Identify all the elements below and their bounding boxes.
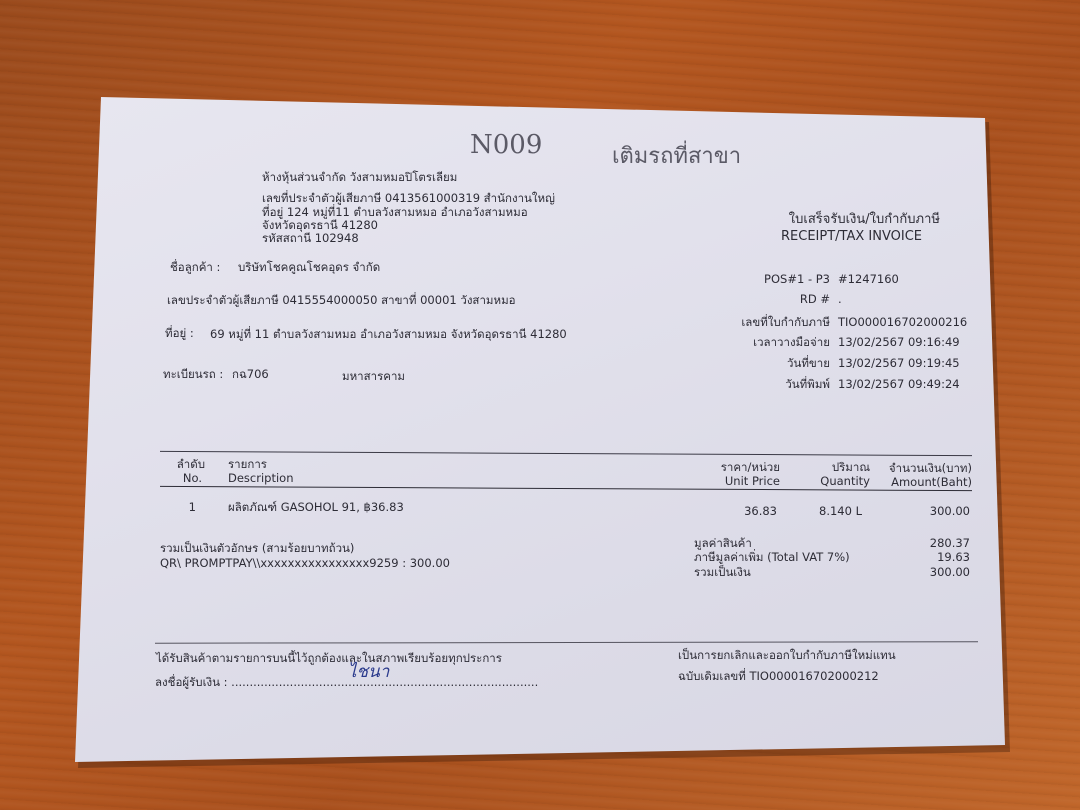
handwritten-note-text: เติมรถที่สาขา [612, 138, 741, 173]
totals-label: ภาษีมูลค่าเพิ่ม (Total VAT 7%) [694, 550, 850, 564]
totals-value: 19.63 [870, 550, 970, 564]
meta-label: วันที่ขาย [700, 356, 830, 370]
header-price-en: Unit Price [680, 474, 780, 488]
customer-tax-id: เลขประจำตัวผู้เสียภาษี 0415554000050 สาข… [167, 293, 516, 307]
payment-method: QR\ PROMPTPAY\\xxxxxxxxxxxxxxxx9259 : 30… [160, 556, 450, 570]
meta-value: 13/02/2567 09:19:45 [838, 356, 960, 370]
seller-station-code: รหัสสถานี 102948 [262, 231, 359, 245]
totals-label: มูลค่าสินค้า [694, 536, 752, 550]
receiver-signature-line: ลงชื่อผู้รับเงิน : .....................… [155, 675, 538, 689]
replacement-note: เป็นการยกเลิกและออกใบกำกับภาษีใหม่แทน [678, 648, 896, 662]
cell-amount: 300.00 [850, 504, 970, 518]
meta-label: RD # [700, 292, 830, 306]
meta-value: TIO000016702000216 [838, 315, 967, 329]
received-statement: ได้รับสินค้าตามรายการบนนี้ไว้ถูกต้องและใ… [156, 651, 502, 665]
vehicle-province: มหาสารคาม [342, 369, 405, 383]
vehicle-plate: กฉ706 [232, 367, 269, 381]
vehicle-plate-label: ทะเบียนรถ : [163, 367, 223, 381]
meta-label: วันที่พิมพ์ [700, 377, 830, 391]
customer-address-label: ที่อยู่ : [165, 326, 194, 340]
seller-name: ห้างหุ้นส่วนจำกัด วังสามหมอปิโตรเลียม [262, 170, 457, 184]
cell-unit-price: 36.83 [680, 504, 777, 518]
handwritten-signature: ไชนา [348, 658, 389, 685]
footer-rule [155, 641, 978, 643]
header-price-th: ราคา/หน่วย [680, 460, 780, 474]
meta-value: 13/02/2567 09:49:24 [838, 377, 960, 391]
cell-no: 1 [150, 500, 196, 514]
seller-tax-id: เลขที่ประจำตัวผู้เสียภาษี 0413561000319 … [262, 191, 555, 205]
customer-name-label: ชื่อลูกค้า : [170, 260, 220, 274]
doc-title-th: ใบเสร็จรับเงิน/ใบกำกับภาษี [720, 212, 940, 228]
meta-value: 13/02/2567 09:16:49 [838, 335, 960, 349]
totals-value: 280.37 [870, 536, 970, 550]
header-no-th: ลำดับ [150, 457, 205, 471]
header-no-en: No. [150, 471, 202, 485]
meta-label: เวลาวางมือจ่าย [700, 335, 830, 349]
original-invoice-number: ฉบับเดิมเลขที่ TIO000016702000212 [678, 669, 879, 683]
receipt-content: N009 เติมรถที่สาขา ห้างหุ้นส่วนจำกัด วัง… [0, 0, 1080, 810]
handwritten-note-number: N009 [470, 130, 542, 160]
meta-label: POS#1 - P3 [700, 272, 830, 286]
header-desc-th: รายการ [228, 457, 267, 471]
meta-label: เลขที่ใบกำกับภาษี [700, 315, 830, 329]
cell-description: ผลิตภัณฑ์ GASOHOL 91, ฿36.83 [228, 500, 404, 514]
totals-value: 300.00 [870, 565, 970, 579]
table-top-rule [160, 451, 972, 456]
customer-address: 69 หมู่ที่ 11 ตำบลวังสามหมอ อำเภอวังสามห… [210, 327, 567, 341]
seller-address-2: จังหวัดอุดรธานี 41280 [262, 218, 378, 232]
totals-label: รวมเป็นเงิน [694, 565, 751, 579]
header-desc-en: Description [228, 471, 294, 485]
meta-value: #1247160 [838, 272, 899, 286]
header-amount-th: จำนวนเงิน(บาท) [850, 461, 972, 475]
customer-name: บริษัทโชคคูณโชคอุดร จำกัด [238, 260, 380, 274]
cell-quantity: 8.140 L [770, 504, 862, 518]
total-in-words: รวมเป็นเงินตัวอักษร (สามร้อยบาทถ้วน) [160, 541, 354, 555]
seller-address-1: ที่อยู่ 124 หมู่ที่11 ตำบลวังสามหมอ อำเภ… [262, 205, 528, 219]
doc-title-en: RECEIPT/TAX INVOICE [720, 229, 922, 245]
meta-value: . [838, 292, 842, 306]
header-amount-en: Amount(Baht) [850, 475, 972, 489]
